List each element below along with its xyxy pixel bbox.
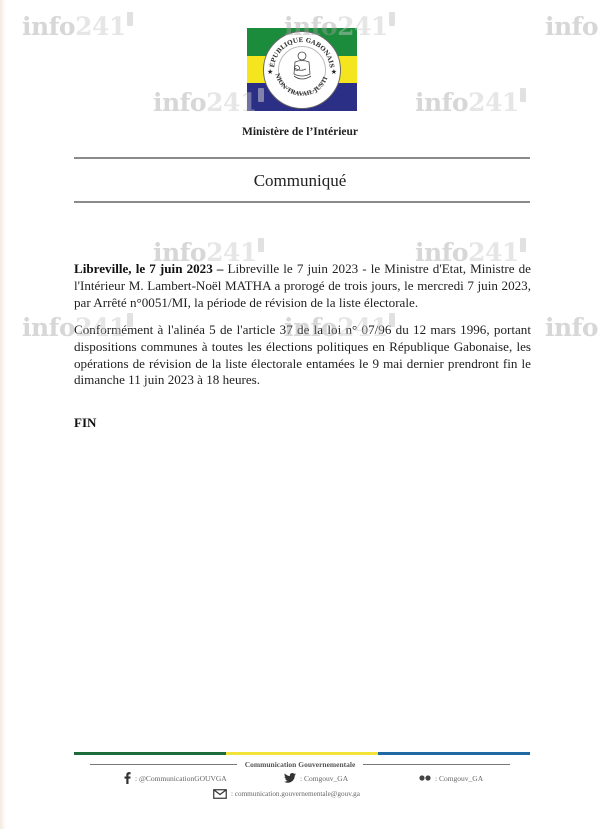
footer-bar-green — [74, 752, 226, 755]
footer-bar-yellow — [226, 752, 378, 755]
watermark: info241 — [415, 88, 526, 115]
email-address: : communication.gouvernementale@gouv.ga — [231, 790, 360, 798]
page-edge-shadow — [0, 0, 6, 829]
svg-text:RÉPUBLIQUE GABONAISE: RÉPUBLIQUE GABONAISE — [264, 32, 335, 69]
flickr-handle: : Comgouv_GA — [435, 774, 483, 783]
paragraph-announcement: Libreville, le 7 juin 2023 – Libreville … — [74, 261, 531, 311]
dateline: Libreville, le 7 juin 2023 – — [74, 261, 223, 276]
watermark: info241 — [545, 313, 600, 340]
watermark: info241 — [545, 12, 600, 39]
footer-divider-left — [90, 764, 237, 765]
title-rule-bottom — [74, 201, 530, 203]
footer-bar-blue — [378, 752, 530, 755]
mail-icon — [213, 789, 227, 799]
footer-label-row: Communication Gouvernementale — [90, 760, 510, 769]
facebook-link[interactable]: : @CommunicationGOUVGA — [124, 772, 284, 784]
paragraph-legal-basis: Conformément à l'alinéa 5 de l'article 3… — [74, 322, 531, 389]
ministry-name: Ministère de l’Intérieur — [0, 126, 600, 138]
social-links: : @CommunicationGOUVGA : Comgouv_GA : Co… — [124, 772, 484, 784]
twitter-icon — [284, 773, 296, 783]
title-rule-top — [74, 157, 530, 159]
gabon-emblem: ★ ★ RÉPUBLIQUE GABONAISE UNION·TRAVAIL·J… — [247, 28, 357, 111]
watermark: info241 — [22, 12, 133, 39]
facebook-icon — [124, 772, 131, 784]
facebook-handle: : @CommunicationGOUVGA — [135, 774, 227, 783]
footer-divider-right — [363, 764, 510, 765]
end-marker: FIN — [74, 415, 96, 431]
footer-label: Communication Gouvernementale — [237, 760, 364, 769]
twitter-link[interactable]: : Comgouv_GA — [284, 772, 419, 784]
email-link[interactable]: : communication.gouvernementale@gouv.ga — [213, 789, 360, 799]
document-title: Communiqué — [0, 171, 600, 191]
flickr-icon — [419, 775, 431, 781]
emblem-seal: ★ ★ RÉPUBLIQUE GABONAISE UNION·TRAVAIL·J… — [263, 31, 341, 109]
footer-color-bar — [74, 752, 530, 755]
mother-child-icon: RÉPUBLIQUE GABONAISE UNION·TRAVAIL·JUSTI… — [264, 32, 340, 108]
twitter-handle: : Comgouv_GA — [300, 774, 348, 783]
flickr-link[interactable]: : Comgouv_GA — [419, 772, 483, 784]
